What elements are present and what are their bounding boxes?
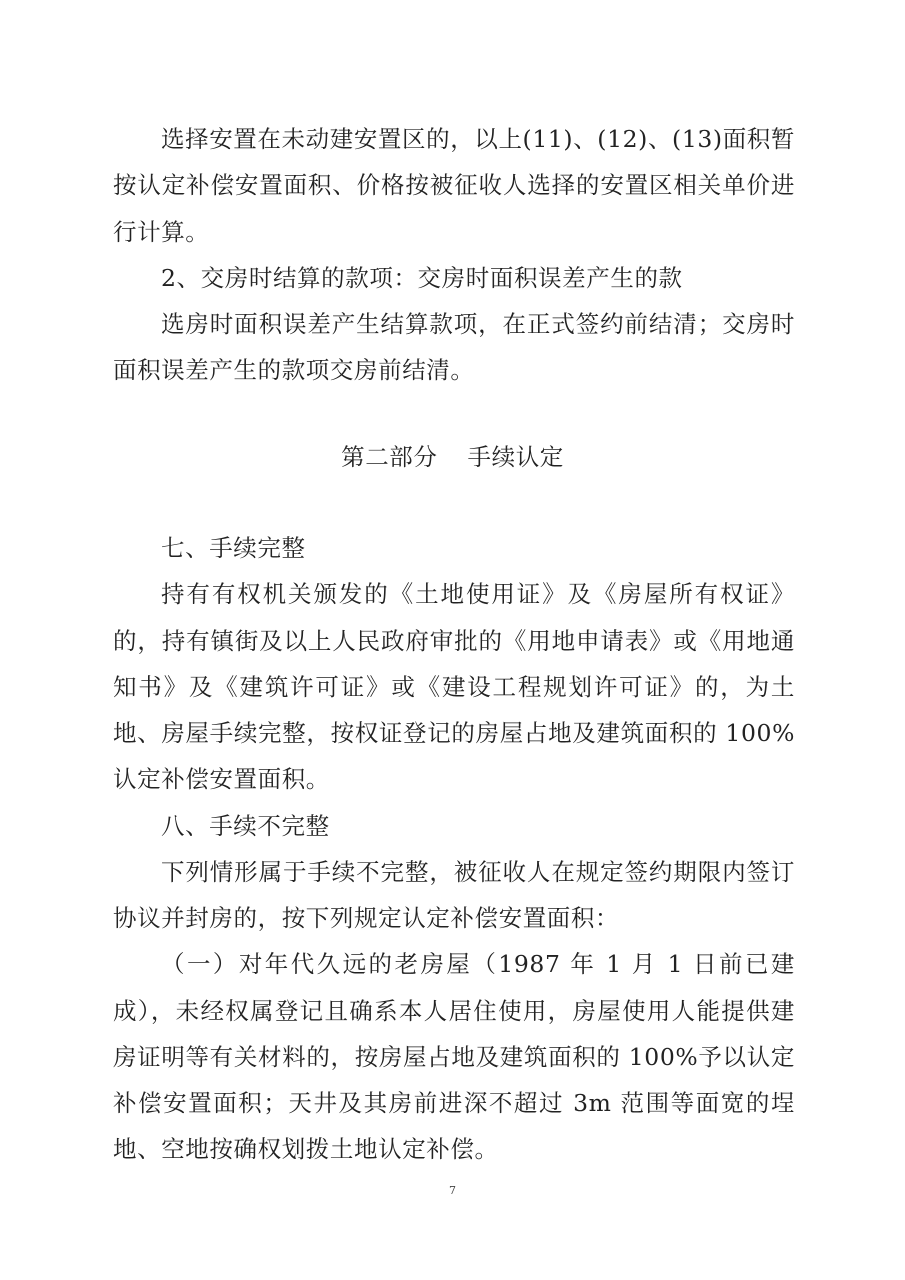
part-label: 第二部分 bbox=[341, 443, 437, 471]
paragraph-complete-procedures: 持有有权机关颁发的《土地使用证》及《房屋所有权证》的，持有镇街及以上人民政府审批… bbox=[113, 571, 795, 802]
section-heading-incomplete-procedures: 八、手续不完整 bbox=[113, 803, 795, 849]
part-title: 第二部分手续认定 bbox=[0, 434, 905, 480]
section-seven: 七、手续完整 持有有权机关颁发的《土地使用证》及《房屋所有权证》的，持有镇街及以… bbox=[113, 525, 795, 1173]
part-heading: 手续认定 bbox=[468, 443, 564, 471]
paragraph-handover-settlement-heading: 2、交房时结算的款项：交房时面积误差产生的款 bbox=[113, 255, 795, 301]
section-heading-complete-procedures: 七、手续完整 bbox=[113, 525, 795, 571]
paragraph-old-houses: （一）对年代久远的老房屋（1987 年 1 月 1 日前已建成），未经权属登记且… bbox=[113, 941, 795, 1172]
page-number: 7 bbox=[0, 1184, 905, 1197]
paragraph-incomplete-intro: 下列情形属于手续不完整，被征收人在规定签约期限内签订协议并封房的，按下列规定认定… bbox=[113, 849, 795, 942]
top-section: 选择安置在未动建安置区的，以上(11)、(12)、(13)面积暂按认定补偿安置面… bbox=[113, 116, 795, 394]
paragraph-resettlement-pricing: 选择安置在未动建安置区的，以上(11)、(12)、(13)面积暂按认定补偿安置面… bbox=[113, 116, 795, 255]
paragraph-area-error-settlement: 选房时面积误差产生结算款项，在正式签约前结清；交房时面积误差产生的款项交房前结清… bbox=[113, 301, 795, 394]
document-page: 选择安置在未动建安置区的，以上(11)、(12)、(13)面积暂按认定补偿安置面… bbox=[0, 0, 905, 1280]
